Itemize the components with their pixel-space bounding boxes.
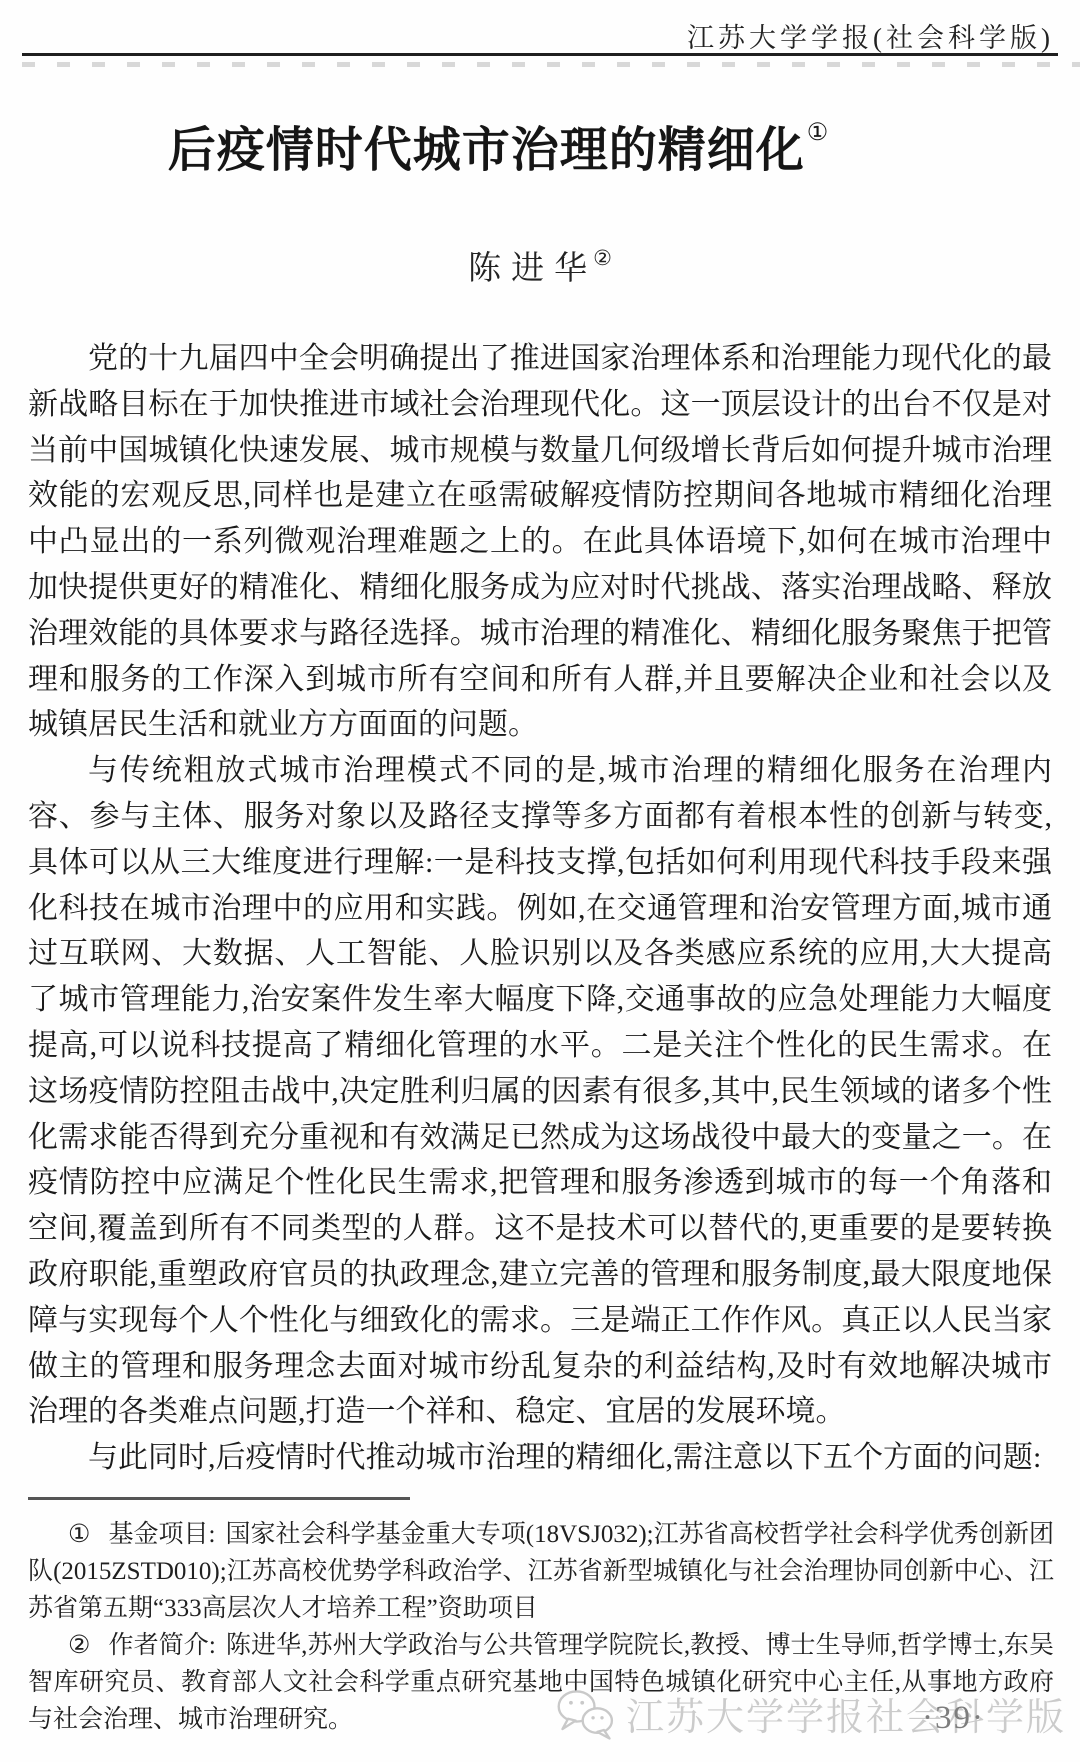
footnote-divider [28,1497,410,1500]
author-footnote-mark: ② [593,246,612,270]
footnote-fund-project: ①基金项目:国家社会科学基金重大专项(18VSJ032);江苏省高校哲学社会科学… [28,1516,1054,1627]
title-footnote-mark: ① [807,120,829,146]
author-line: 陈进华② [0,242,1080,289]
footnote-label-1: 基金项目: [108,1521,215,1548]
journal-header-text: 江苏大学学报(社会科学版) [687,23,1054,53]
header-dashed-rule [22,62,1080,67]
footnote-mark-2: ② [68,1632,91,1659]
article-title: 后疫情时代城市治理的精细化① [0,118,1038,181]
footnote-mark-1: ① [68,1521,90,1548]
wechat-bubbles-icon [554,1687,618,1741]
article-title-text: 后疫情时代城市治理的精细化 [168,124,805,177]
watermark-text: 江苏大学学报社会科学版 [626,1686,1066,1741]
journal-running-head: 江苏大学学报(社会科学版) [28,16,1054,55]
author-name: 陈进华 [468,251,597,287]
journal-watermark: 江苏大学学报社会科学版 [554,1686,1066,1741]
footnote-label-2: 作者简介: [109,1632,216,1659]
paragraph-2: 与传统粗放式城市治理模式不同的是,城市治理的精细化服务在治理内容、参与主体、服务… [28,748,1052,1435]
journal-page: 江苏大学学报(社会科学版) 后疫情时代城市治理的精细化① 陈进华② 党的十九届四… [0,0,1080,1762]
header-rule [22,53,1058,56]
paragraph-3: 与此同时,后疫情时代推动城市治理的精细化,需注意以下五个方面的问题: [28,1435,1052,1481]
paragraph-1: 党的十九届四中全会明确提出了推进国家治理体系和治理能力现代化的最新战略目标在于加… [28,336,1052,748]
page-number: ·39· [922,1700,985,1737]
article-body: 党的十九届四中全会明确提出了推进国家治理体系和治理能力现代化的最新战略目标在于加… [28,336,1052,1481]
